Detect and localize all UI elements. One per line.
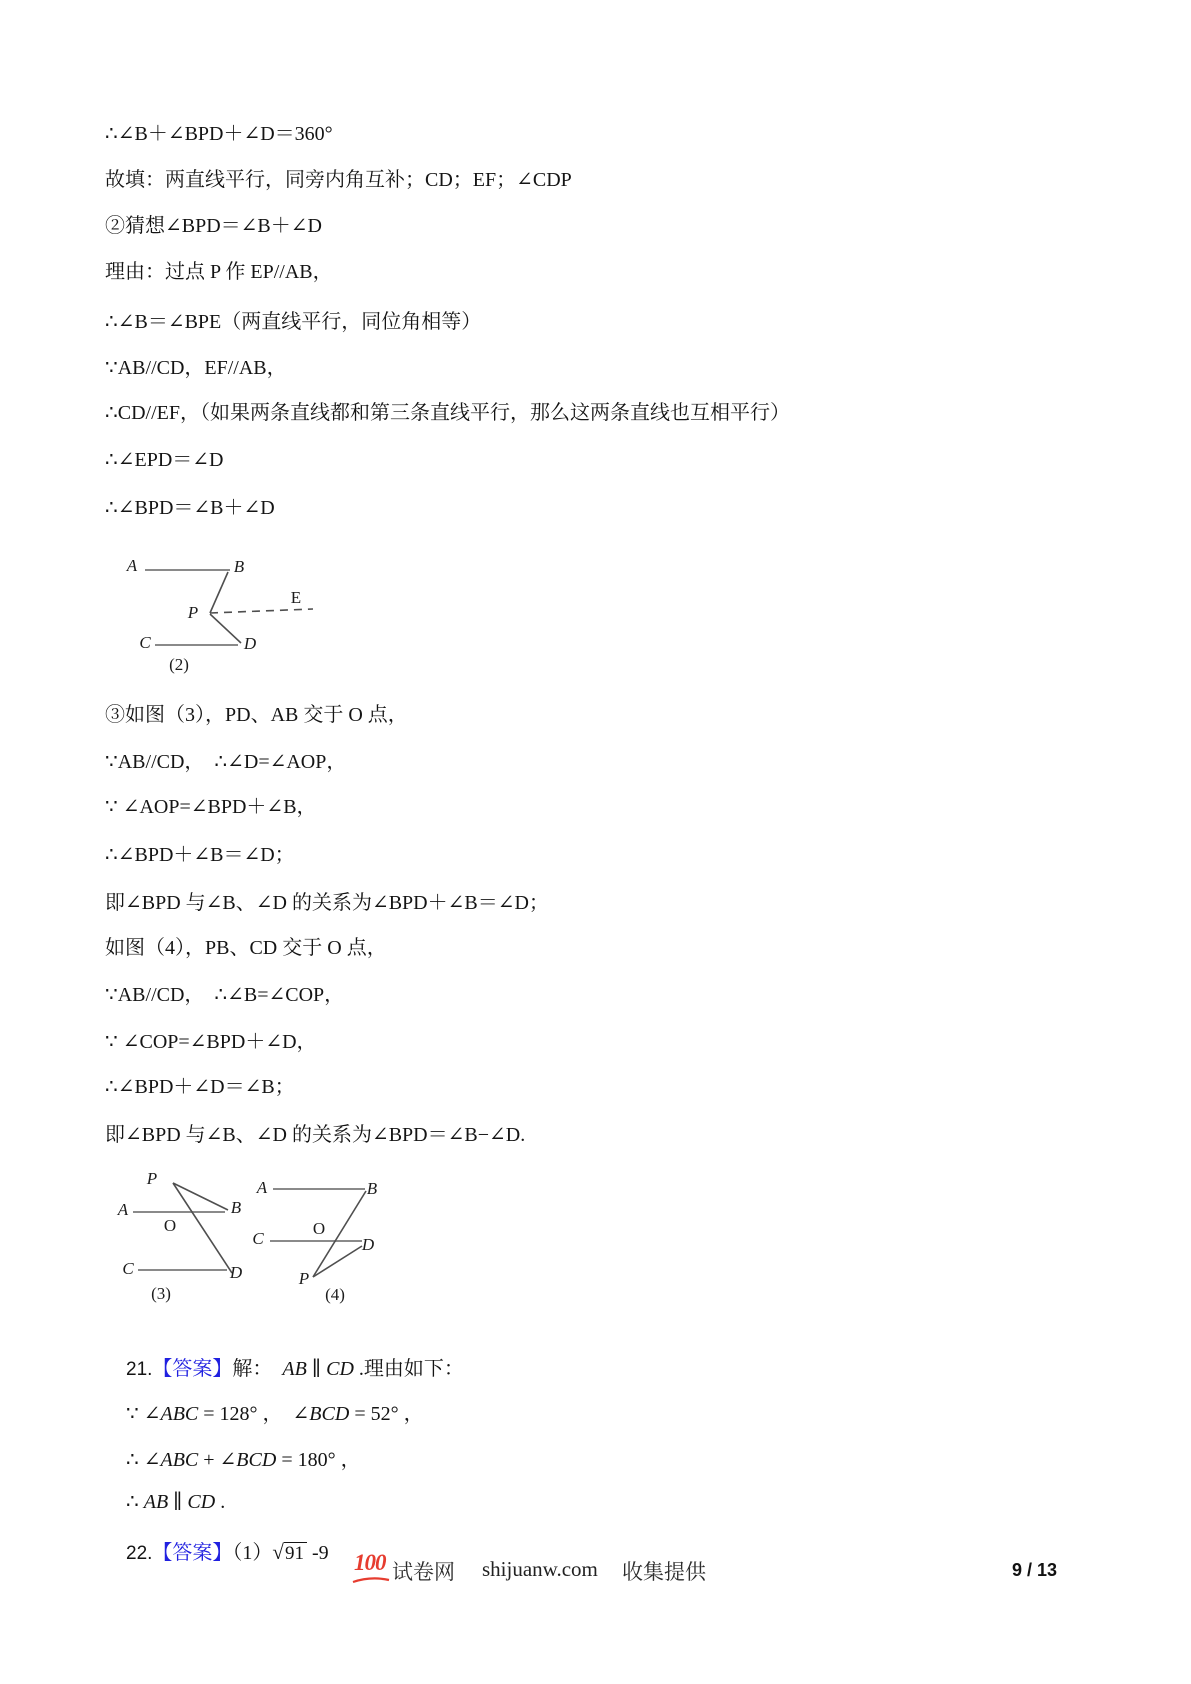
proof-line: 即∠BPD 与∠B、∠D 的关系为∠BPD＝∠B−∠D. <box>105 1123 525 1147</box>
proof-line: ∵AB//CD， ∴∠B=∠COP， <box>105 983 344 1007</box>
page-number: 9 / 13 <box>1012 1560 1057 1581</box>
figure3-line-pd <box>173 1183 232 1273</box>
site-logo-100: 100 <box>354 1550 386 1576</box>
answer22-line: 22.【答案】（1）√91 -9 <box>106 1513 329 1593</box>
point-label-a: A <box>117 1200 129 1219</box>
figure2-line-bp <box>210 572 228 613</box>
proof-line: ∴∠BPD＋∠B＝∠D； <box>105 843 295 867</box>
math-angle-bcd: ∠BCD <box>220 1449 277 1471</box>
proof-line: 即∠BPD 与∠B、∠D 的关系为∠BPD＋∠B＝∠D； <box>105 891 549 915</box>
proof-line: ∴∠BPD＝∠B＋∠D <box>105 496 275 520</box>
therefore-symbol: ∴ <box>126 1491 144 1513</box>
point-label-a: A <box>256 1178 268 1197</box>
comma: ， <box>399 1403 424 1425</box>
logo-underline-swoosh <box>352 1576 390 1584</box>
comma: ， <box>336 1449 361 1471</box>
proof-line: ∵ ∠AOP=∠BPD＋∠B， <box>105 795 317 819</box>
parallel-symbol: ∥ <box>168 1491 187 1513</box>
answer22-number: 22. <box>126 1543 152 1564</box>
figure2-line-pd <box>210 614 241 643</box>
point-label-e: E <box>291 588 301 607</box>
proof-line: 如图（4），PB、CD 交于 O 点， <box>105 936 387 960</box>
point-label-b: B <box>234 557 245 576</box>
point-label-o: O <box>313 1219 325 1238</box>
point-label-d: D <box>229 1263 243 1282</box>
point-label-d: D <box>243 634 257 653</box>
figure4-line-pd <box>313 1246 362 1277</box>
document-page: ∴∠B＋∠BPD＋∠D＝360° 故填：两直线平行，同旁内角互补；CD；EF；∠… <box>0 0 1191 1684</box>
proof-line: 理由：过点 P 作 EP//AB， <box>105 260 333 284</box>
point-label-d: D <box>361 1235 375 1254</box>
provided-by-label: 收集提供 <box>622 1556 706 1586</box>
point-label-o: O <box>164 1216 176 1235</box>
radical-sign: √ <box>272 1540 284 1564</box>
math-ab: AB <box>144 1491 168 1513</box>
proof-line: ∴∠B＋∠BPD＋∠D＝360° <box>105 122 333 146</box>
proof-line: ∵ ∠COP=∠BPD＋∠D， <box>105 1030 317 1054</box>
swoosh-path <box>353 1578 389 1582</box>
square-root-expression: √91 <box>272 1539 307 1567</box>
point-label-a: A <box>126 556 138 575</box>
proof-line: ∴∠B＝∠BPE（两直线平行，同位角相等） <box>105 310 481 334</box>
point-label-p: P <box>187 603 198 622</box>
math-cd: CD <box>187 1491 215 1513</box>
site-name: 试卷网 <box>392 1556 455 1586</box>
site-domain: shijuanw.com <box>482 1557 598 1582</box>
point-label-c: C <box>122 1259 134 1278</box>
geometry-figure-4: A B O C D P (4) <box>250 1168 395 1308</box>
proof-line: ∵AB//CD， ∴∠D=∠AOP， <box>105 750 346 774</box>
part-label: （1） <box>232 1542 272 1564</box>
figure3-caption: (3) <box>151 1284 171 1303</box>
figure2-caption: (2) <box>169 655 189 674</box>
proof-line: ∴∠BPD＋∠D＝∠B； <box>105 1075 295 1099</box>
point-label-p: P <box>298 1269 309 1288</box>
proof-line: ②猜想∠BPD＝∠B＋∠D <box>105 214 322 238</box>
period: . <box>215 1491 225 1513</box>
proof-line: ∴∠EPD＝∠D <box>105 448 223 472</box>
answer22-tail: -9 <box>307 1542 329 1564</box>
radicand: 91 <box>284 1542 307 1564</box>
sum-value: = 180° <box>276 1449 335 1471</box>
figure2-line-pe-dashed <box>210 609 313 613</box>
proof-line: 故填：两直线平行，同旁内角互补；CD；EF；∠CDP <box>105 168 572 192</box>
geometry-figure-2: A B P E C D (2) <box>105 552 335 678</box>
geometry-figure-3: P B A O C D (3) <box>115 1168 250 1308</box>
proof-line: ③如图（3），PD、AB 交于 O 点， <box>105 703 408 727</box>
proof-line: ∵AB//CD，EF//AB， <box>105 356 287 380</box>
point-label-c: C <box>139 633 151 652</box>
point-label-b: B <box>231 1198 242 1217</box>
point-label-b: B <box>367 1179 378 1198</box>
point-label-c: C <box>252 1229 264 1248</box>
answer-tag: 【答案】 <box>152 1542 232 1564</box>
point-label-p: P <box>146 1169 157 1188</box>
proof-line: ∴CD//EF，（如果两条直线都和第三条直线平行，那么这两条直线也互相平行） <box>105 401 790 425</box>
figure4-caption: (4) <box>325 1285 345 1304</box>
